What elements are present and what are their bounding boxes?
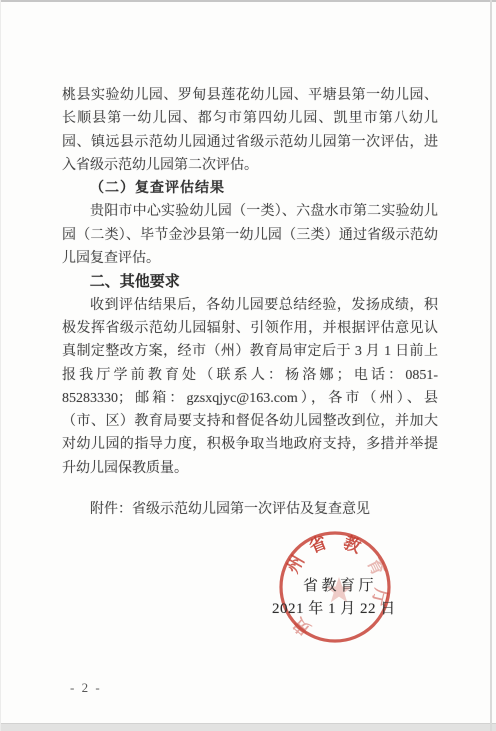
heading-review-results: （二）复查评估结果 xyxy=(62,177,438,200)
page-number: - 2 - xyxy=(70,680,102,696)
signature-date: 2021 年 1 月 22 日 xyxy=(272,597,396,618)
paragraph-first-assessment-list: 桃县实验幼儿园、罗甸县莲花幼儿园、平塘县第一幼儿园、长顺县第一幼儿园、都匀市第四… xyxy=(62,84,438,177)
seal-arc-char: 州 xyxy=(283,552,308,576)
page-edge-right xyxy=(490,0,492,731)
heading-other-requirements: 二、其他要求 xyxy=(62,270,438,293)
page-edge-top xyxy=(0,0,496,2)
signature-org: 省教育厅 xyxy=(303,574,377,595)
paragraph-other-requirements: 收到评估结果后，各幼儿园要总结经验，发扬成绩，积极发挥省级示范幼儿园辐射、引领作… xyxy=(62,294,438,480)
seal-arc-char: 省 xyxy=(306,532,329,557)
document-body: 桃县实验幼儿园、罗甸县莲花幼儿园、平塘县第一幼儿园、长顺县第一幼儿园、都匀市第四… xyxy=(62,84,438,521)
page-edge-bottom xyxy=(0,723,496,731)
seal-arc-char: 教 xyxy=(341,532,365,557)
document-page: 桃县实验幼儿园、罗甸县莲花幼儿园、平塘县第一幼儿园、长顺县第一幼儿园、都匀市第四… xyxy=(0,0,496,731)
attachment-line: 附件：省级示范幼儿园第一次评估及复查意见 xyxy=(62,498,438,521)
page-edge-left xyxy=(0,0,1,731)
paragraph-review-results: 贵阳市中心实验幼儿园（一类）、六盘水市第二实验幼儿园（二类）、毕节金沙县第一幼儿… xyxy=(62,200,438,270)
